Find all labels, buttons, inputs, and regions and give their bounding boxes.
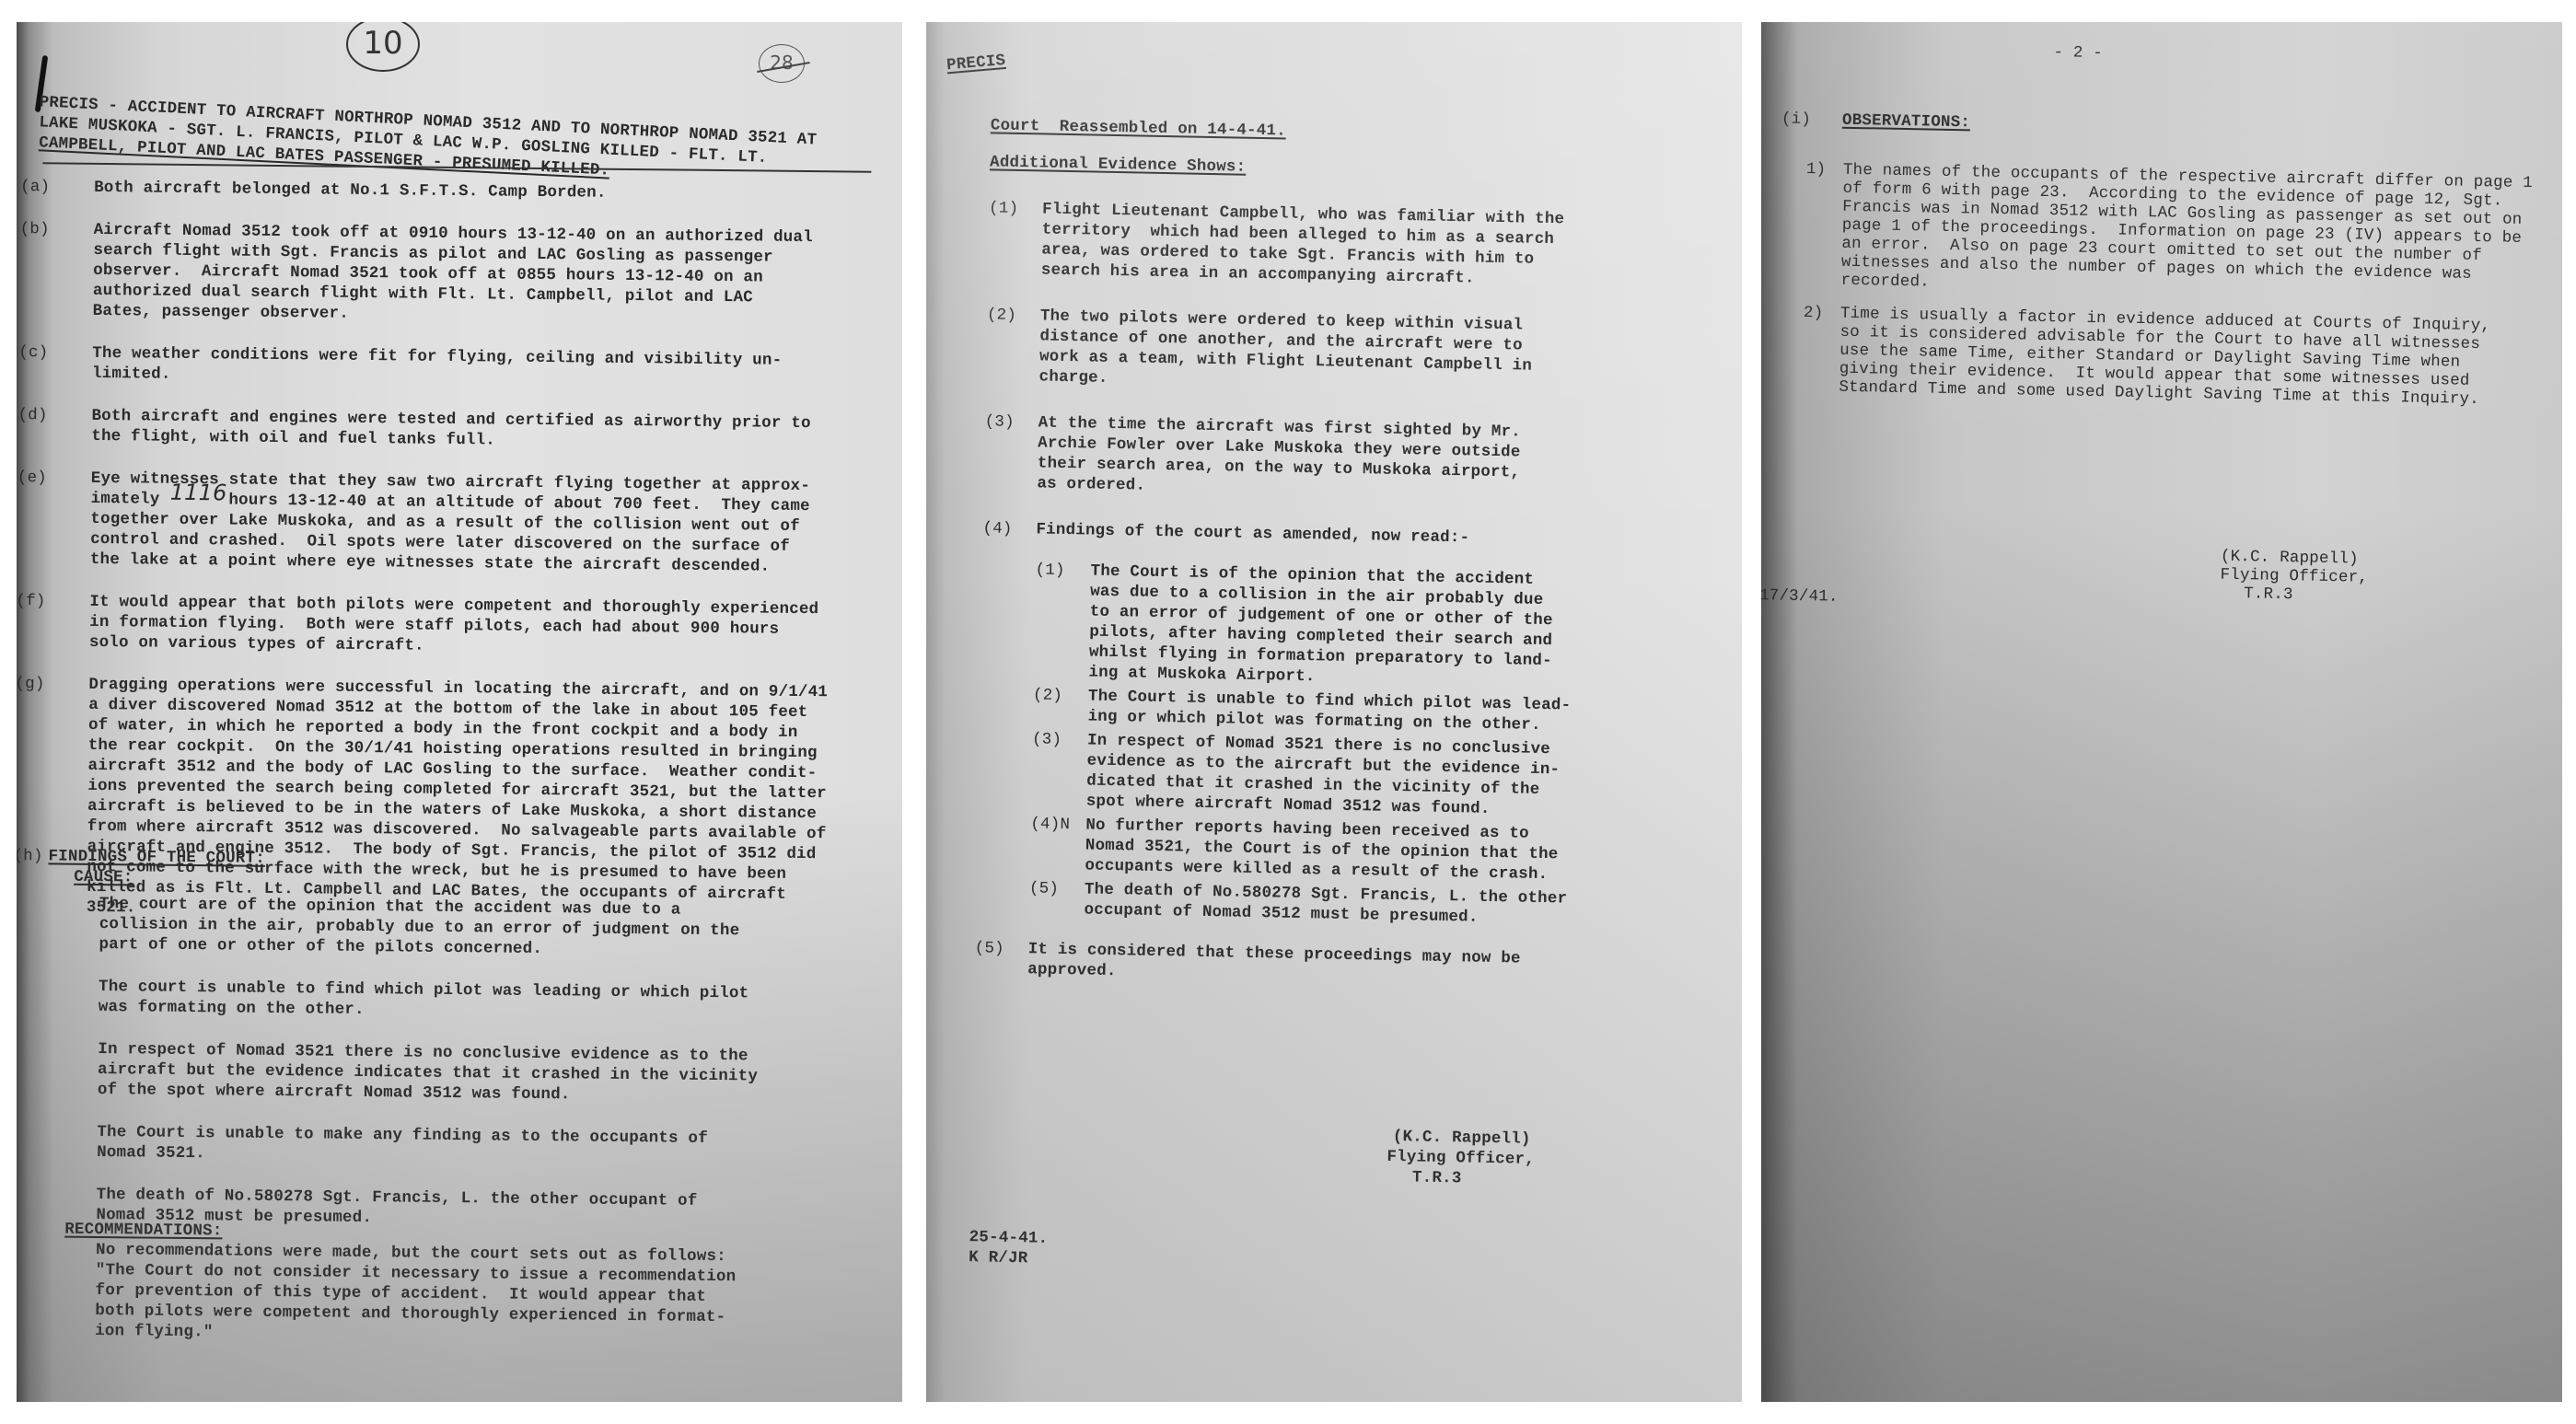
item-text-line: solo on various types of aircraft. [89, 632, 424, 656]
reassembled-heading: Court Reassembled on 14-4-41. [991, 115, 1286, 141]
page-2-body: PRECIS Court Reassembled on 14-4-41. Add… [926, 22, 1742, 38]
finding-line: was formating on the other. [99, 997, 365, 1020]
item-label: (3) [1032, 729, 1062, 750]
document-page-2: PRECIS Court Reassembled on 14-4-41. Add… [926, 22, 1742, 1402]
reference-code: K R/JR [969, 1247, 1028, 1268]
signature-line: T.R.3 [1412, 1167, 1462, 1188]
observation-item: 1)The names of the occupants of the resp… [1761, 22, 2562, 38]
item-label: (3) [984, 411, 1015, 433]
document-date: 17/3/41. [1761, 585, 1839, 608]
evidence-items: (1)Flight Lieutenant Campbell, who was f… [926, 22, 1742, 38]
item-text-line: the flight, with oil and fuel tanks full… [91, 426, 495, 451]
precis-item: (f)It would appear that both pilots were… [17, 22, 902, 31]
circled-page-number: 10 [346, 22, 420, 72]
evidence-item: (3)At the time the aircraft was first si… [926, 22, 1742, 38]
precis-item: (e)Eye witnesses state that they saw two… [17, 22, 902, 31]
recommendation-line: ion flying." [95, 1321, 214, 1342]
signature-block: (K.C. Rappell)Flying Officer,T.R.3 [1761, 22, 2562, 38]
item-label: (c) [18, 342, 48, 363]
observations-heading: OBSERVATIONS: [1842, 110, 1971, 133]
finding-paragraph: The death of No.580278 Sgt. Francis, L. … [17, 22, 902, 31]
signature-line: (K.C. Rappell) [1393, 1127, 1531, 1150]
finding-paragraph: The court is unable to find which pilot … [17, 22, 902, 31]
finding-line: of the spot where aircraft Nomad 3512 wa… [98, 1080, 571, 1105]
signature-block: (K.C. Rappell)Flying Officer,T.R.3 [926, 22, 1742, 38]
findings-paragraphs: The court are of the opinion that the ac… [17, 22, 902, 31]
item-text-line: ing at Muskoka Airport. [1088, 663, 1316, 688]
precis-item: (g)Dragging operations were successful i… [17, 22, 902, 31]
recommendations-text: No recommendations were made, but the co… [17, 22, 902, 31]
handwritten-time: 1116 [170, 482, 227, 504]
item-label: (1) [989, 198, 1019, 219]
item-text-line: Both aircraft belonged at No.1 S.F.T.S. … [94, 178, 607, 203]
item-label: (1) [1035, 560, 1065, 581]
signature-line: Flying Officer, [1387, 1147, 1535, 1170]
evidence-item: (4)Findings of the court as amended, now… [926, 22, 1742, 38]
item-text-line: recorded. [1840, 271, 1930, 293]
precis-item: (c)The weather conditions were fit for f… [17, 22, 902, 31]
item-text-line: charge. [1039, 366, 1108, 388]
section-label: (i) [1781, 109, 1812, 130]
item-text-line: Bates, passenger observer. [93, 301, 349, 324]
amended-finding: (2)The Court is unable to find which pil… [926, 22, 1742, 38]
closing-item: (5)It is considered that these proceedin… [926, 22, 1742, 38]
page-3-body: - 2 - (i) OBSERVATIONS: 1)The names of t… [1761, 22, 2562, 38]
document-date: 25-4-41. [969, 1227, 1048, 1249]
item-label: (f) [17, 591, 46, 611]
finding-line: part of one or other of the pilots conce… [99, 934, 542, 959]
cause-heading: CAUSE: [74, 867, 133, 888]
amended-findings: (1)The Court is of the opinion that the … [926, 22, 1742, 38]
item-label: (d) [17, 405, 47, 425]
amended-finding: (3)In respect of Nomad 3521 there is no … [926, 22, 1742, 38]
precis-item: (a)Both aircraft belonged at No.1 S.F.T.… [17, 22, 902, 31]
item-label: 1) [1806, 159, 1827, 179]
finding-paragraph: The Court is unable to make any finding … [17, 22, 902, 31]
evidence-item: (1)Flight Lieutenant Campbell, who was f… [926, 22, 1742, 38]
amended-finding: (4)NNo further reports having been recei… [926, 22, 1742, 38]
precis-item: (d)Both aircraft and engines were tested… [17, 22, 902, 31]
item-text-line: Findings of the court as amended, now re… [1036, 519, 1469, 548]
amended-finding: (5)The death of No.580278 Sgt. Francis, … [926, 22, 1742, 38]
precis-header: PRECIS [946, 51, 1006, 75]
item-label: (a) [20, 177, 50, 197]
finding-line: Nomad 3521. [97, 1142, 205, 1164]
precis-item: (b)Aircraft Nomad 3512 took off at 0910 … [17, 22, 902, 31]
evidence-item: (2)The two pilots were ordered to keep w… [926, 22, 1742, 38]
item-label: (b) [20, 219, 50, 239]
observation-item: 2)Time is usually a factor in evidence a… [1761, 22, 2562, 38]
item-label: (5) [1029, 878, 1060, 899]
amended-finding: (1)The Court is of the opinion that the … [926, 22, 1742, 38]
findings-heading: FINDINGS OF THE COURT: [48, 846, 265, 868]
item-label: (4) [982, 518, 1013, 539]
item-label: (2) [1033, 685, 1063, 706]
precis-items: (a)Both aircraft belonged at No.1 S.F.T.… [17, 22, 902, 31]
observations-items: 1)The names of the occupants of the resp… [1761, 22, 2562, 38]
item-label: (2) [987, 305, 1017, 326]
finding-paragraph: The court are of the opinion that the ac… [17, 22, 902, 31]
item-text-line: The weather conditions were fit for flyi… [92, 343, 782, 371]
signature-line: Flying Officer, [2220, 565, 2368, 588]
page-1-body: PRECIS - ACCIDENT TO AIRCRAFT NORTHROP N… [17, 22, 902, 31]
item-label: (g) [17, 674, 45, 694]
item-text-line: as ordered. [1037, 473, 1145, 495]
evidence-heading: Additional Evidence Shows: [990, 152, 1247, 177]
finding-paragraph: In respect of Nomad 3521 there is no con… [17, 22, 902, 31]
closing-line: approved. [1027, 959, 1117, 981]
document-page-1: 10 28 PRECIS - ACCIDENT TO AIRCRAFT NORT… [17, 22, 902, 1402]
item-label: (e) [17, 468, 47, 488]
document-page-3: - 2 - (i) OBSERVATIONS: 1)The names of t… [1761, 22, 2562, 1402]
page-marker: - 2 - [2053, 42, 2103, 64]
findings-label: (h) [17, 846, 43, 866]
recommendations-heading: RECOMMENDATIONS: [64, 1220, 222, 1242]
item-label: (4)N [1030, 814, 1070, 835]
item-text-line: limited. [92, 364, 171, 385]
item-label: (5) [974, 938, 1004, 959]
signature-line: T.R.3 [2244, 584, 2293, 605]
item-label: 2) [1804, 303, 1824, 323]
